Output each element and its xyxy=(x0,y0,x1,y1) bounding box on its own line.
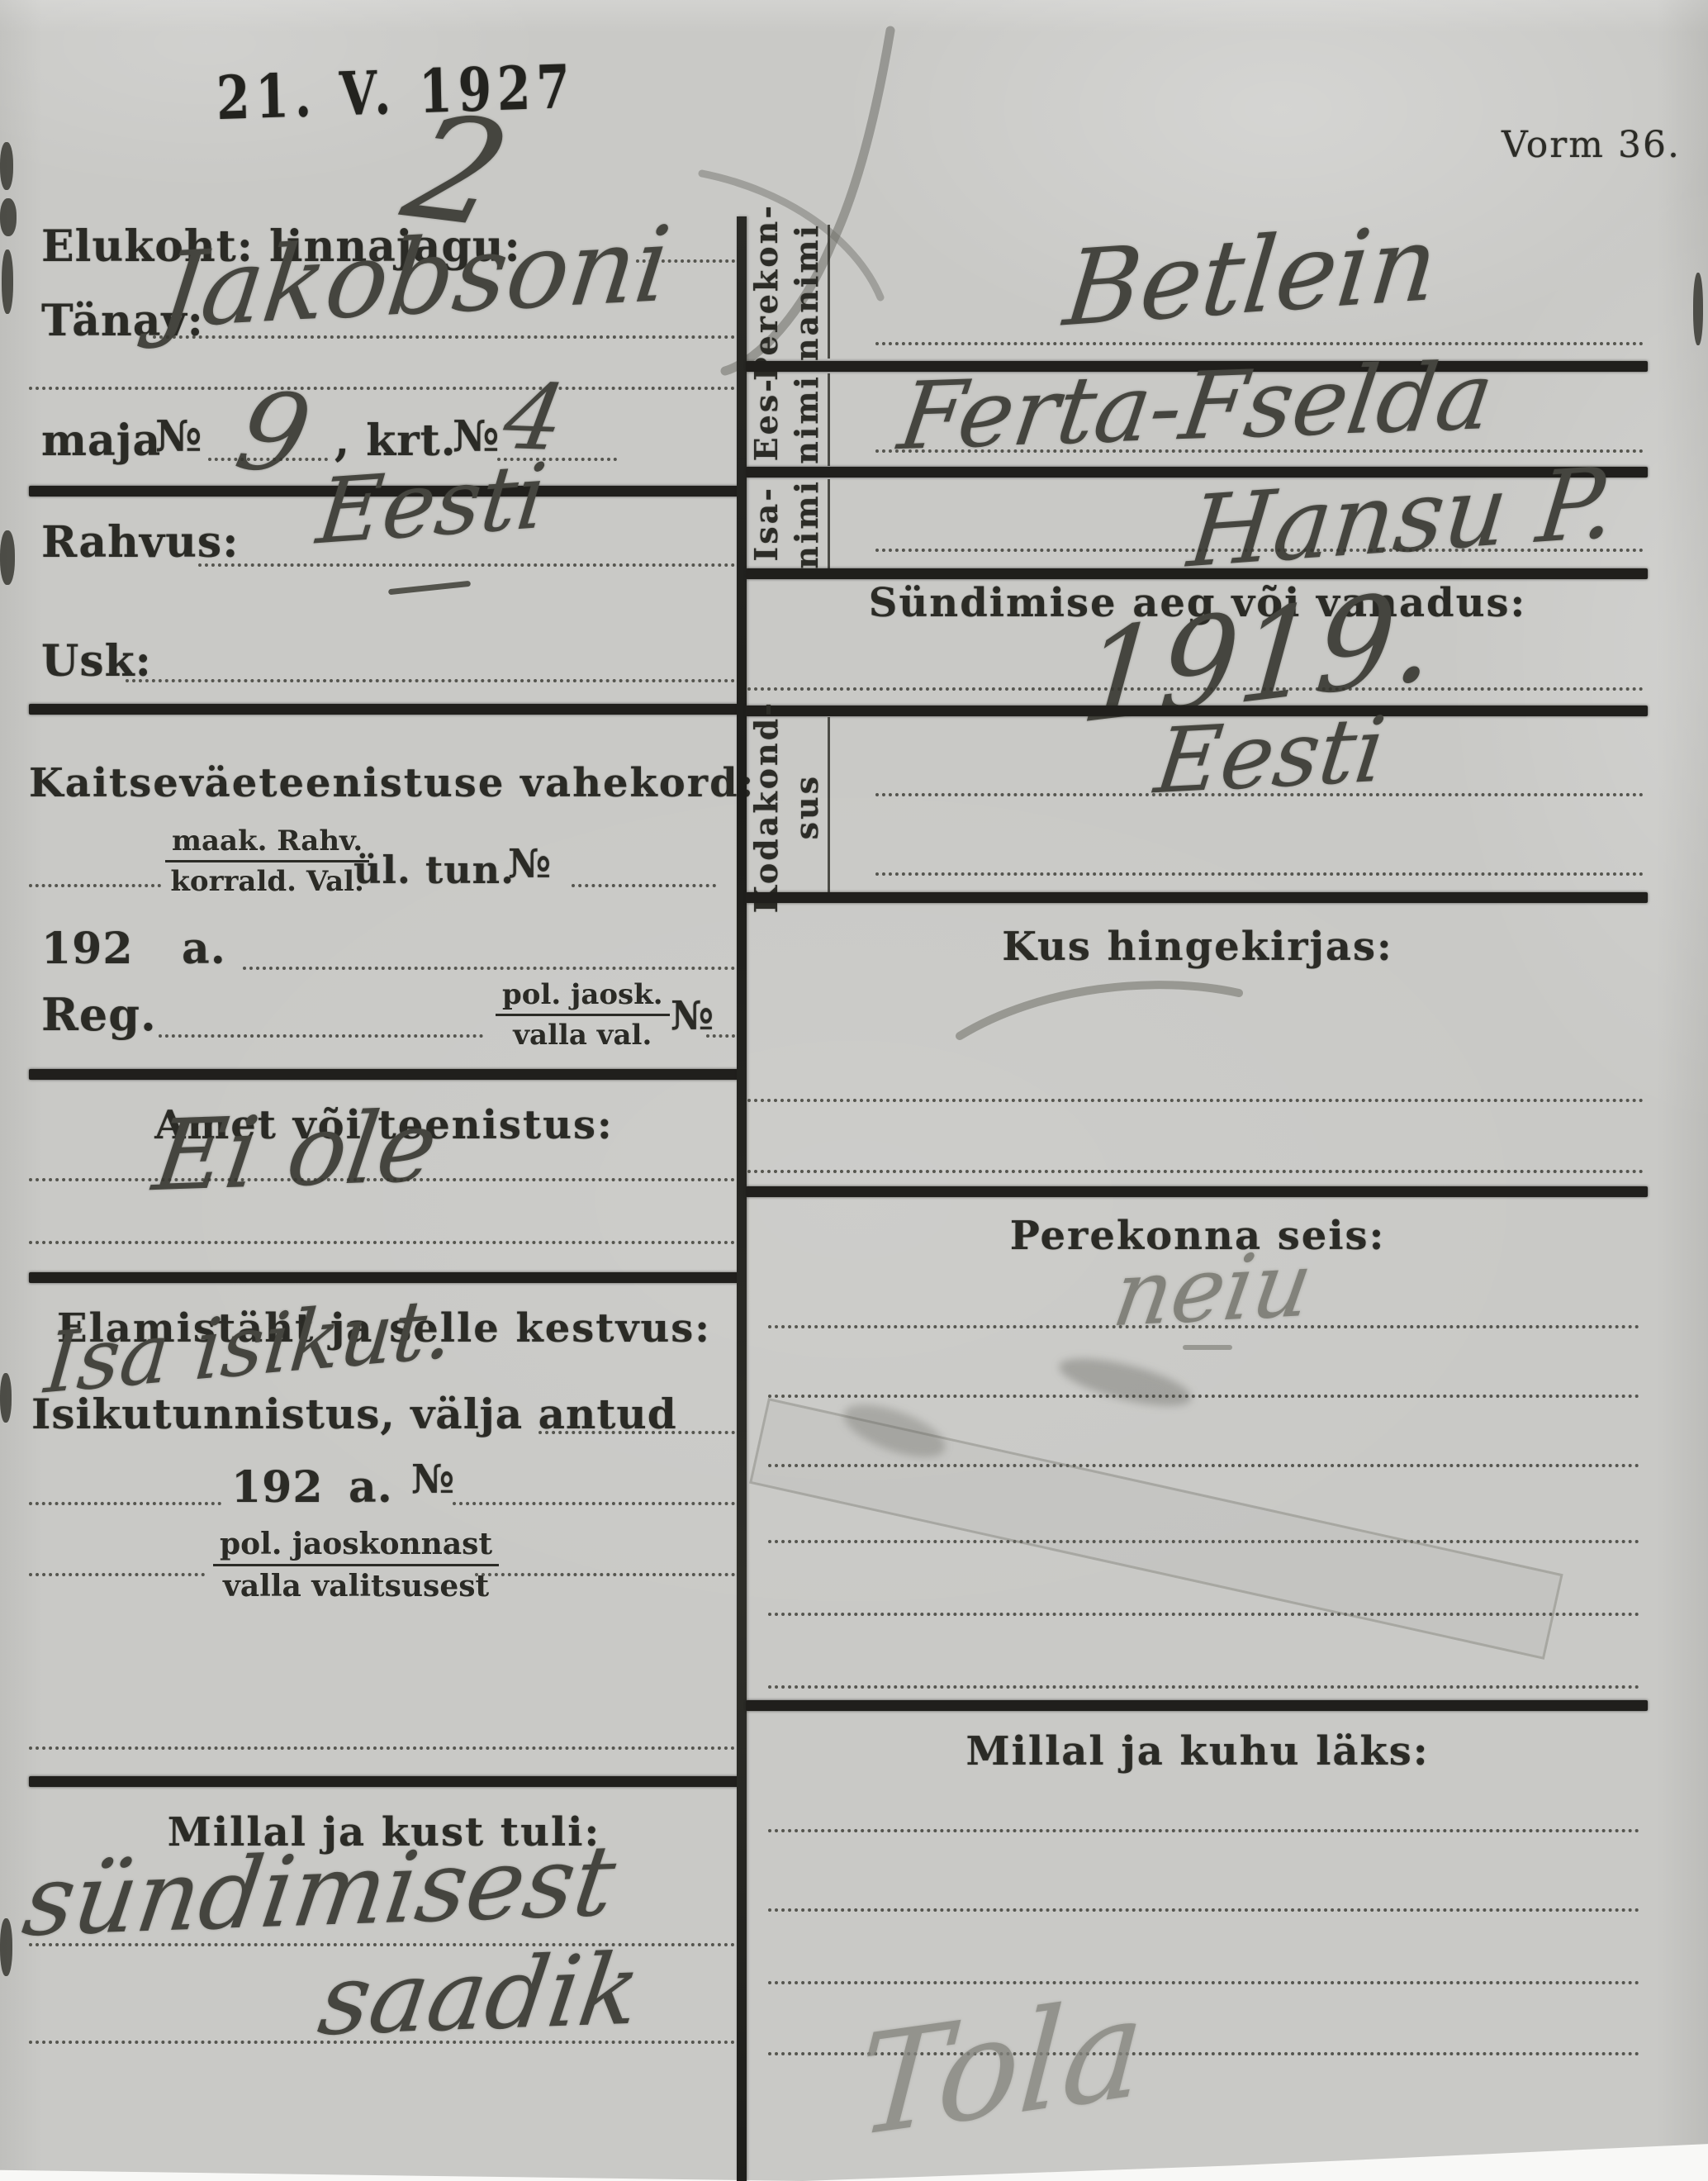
numero-sign: № xyxy=(508,841,552,887)
rule-bar xyxy=(746,892,1648,903)
dotted-line xyxy=(198,563,735,567)
rule-bar xyxy=(746,1700,1648,1711)
police-district-fraction: pol. jaosk. valla val. xyxy=(496,978,670,1052)
dotted-line xyxy=(875,342,1644,345)
rule-bar xyxy=(29,704,739,715)
column-divider xyxy=(737,216,747,2181)
pol-jaosk-label: pol. jaosk. xyxy=(496,978,670,1016)
scan-artifact xyxy=(1693,273,1703,345)
dotted-line xyxy=(768,1395,1639,1398)
dotted-line xyxy=(29,1746,735,1750)
first-name-label-line2: nimi xyxy=(788,374,825,464)
date-stamp: 21. V. 1927 xyxy=(216,51,576,133)
dotted-line xyxy=(29,884,161,887)
dotted-line xyxy=(29,1241,735,1244)
dotted-line xyxy=(453,1502,735,1505)
handwritten-arrival-line2: saadik xyxy=(312,1932,647,2057)
citizenship-field-label: Kodakond- sus xyxy=(748,717,824,897)
surname-field-label: Perekon- nanimi xyxy=(748,225,824,359)
dotted-line xyxy=(768,1829,1639,1832)
dotted-line xyxy=(126,679,735,682)
rule-bar xyxy=(29,1272,739,1283)
year-a-label: a. xyxy=(182,924,226,974)
parish-register-heading: Kus hingekirjas: xyxy=(747,924,1648,970)
registry-label: Reg. xyxy=(41,988,157,1041)
dotted-line xyxy=(768,1685,1639,1689)
label-separator-rule xyxy=(828,373,830,466)
dotted-line xyxy=(875,549,1644,552)
rule-bar xyxy=(746,1186,1648,1197)
dotted-line xyxy=(538,1431,735,1434)
surname-label-line2: nanimi xyxy=(788,223,825,361)
scan-artifact xyxy=(0,530,15,585)
numero-sign: № xyxy=(155,411,203,462)
form-number-label: Vorm 36. xyxy=(1502,124,1681,166)
dotted-line xyxy=(243,967,735,970)
dotted-line xyxy=(706,1034,735,1038)
handwritten-marital-status: neiu xyxy=(1107,1233,1319,1347)
scan-artifact xyxy=(0,198,17,236)
certificate-label: ül. tun. xyxy=(353,848,515,892)
father-name-field-label: Isa- nimi xyxy=(748,479,824,568)
pol-jaoskonnast-label: pol. jaoskonnast xyxy=(213,1527,499,1566)
valla-valitsusest-label: valla valitsusest xyxy=(213,1566,499,1604)
military-service-heading: Kaitseväeteenistuse vahekord: xyxy=(29,760,739,806)
label-separator-rule xyxy=(828,225,830,359)
first-name-field-label: Ees- nimi xyxy=(748,373,824,464)
label-separator-rule xyxy=(828,479,830,568)
father-name-label-line1: Isa- xyxy=(747,486,785,562)
departure-heading: Millal ja kuhu läks: xyxy=(747,1728,1648,1775)
handwritten-citizenship: Eesti xyxy=(1150,698,1390,814)
house-number-label: maja xyxy=(41,416,161,466)
dotted-line xyxy=(29,387,735,390)
dotted-line xyxy=(29,1178,735,1181)
label-separator-rule xyxy=(828,717,830,897)
citizenship-label-line1: Kodakond- xyxy=(747,701,785,913)
issue-year-label: 192 xyxy=(231,1462,324,1513)
handwritten-nationality: Eesti xyxy=(312,444,551,564)
maak-rahv-label: maak. Rahv. xyxy=(165,824,369,862)
dotted-line xyxy=(747,1099,1644,1102)
dotted-line xyxy=(875,872,1644,876)
korrald-val-label: korrald. Val. xyxy=(165,862,369,898)
scan-artifact xyxy=(2,249,13,314)
military-authority-fraction: maak. Rahv. korrald. Val. xyxy=(165,824,369,898)
dotted-line xyxy=(475,1573,735,1576)
numero-sign: № xyxy=(411,1456,455,1503)
pencil-stroke xyxy=(950,968,1264,1047)
dotted-line xyxy=(747,687,1644,691)
citizenship-label-line2: sus xyxy=(788,774,825,839)
surname-label-line1: Perekon- xyxy=(747,203,785,381)
dotted-line xyxy=(768,1908,1639,1912)
father-name-label-line2: nimi xyxy=(788,479,825,569)
scanned-registration-card: 21. V. 1927 Vorm 36. 2 Elukoht: linnajag… xyxy=(0,0,1708,2181)
dotted-line xyxy=(768,1325,1639,1328)
nationality-label: Rahvus: xyxy=(41,517,239,568)
dotted-line xyxy=(208,458,328,461)
rule-bar xyxy=(746,568,1648,579)
dotted-line xyxy=(29,1573,205,1576)
issue-year-a-label: a. xyxy=(349,1462,393,1513)
dotted-line xyxy=(29,1502,221,1505)
dotted-line xyxy=(153,335,735,339)
dotted-line xyxy=(572,884,716,887)
scan-artifact xyxy=(0,1918,12,1976)
dotted-line xyxy=(875,793,1644,796)
pencil-flourish xyxy=(677,21,1024,384)
rule-bar xyxy=(29,1069,739,1080)
scan-artifact xyxy=(0,142,13,190)
handwritten-occupation: Ei ole xyxy=(147,1089,444,1214)
dotted-line xyxy=(159,1034,483,1038)
numero-sign: № xyxy=(671,993,714,1039)
issuing-authority-fraction: pol. jaoskonnast valla valitsusest xyxy=(213,1527,499,1604)
dotted-line xyxy=(768,1981,1639,1984)
pencil-dash xyxy=(1183,1345,1232,1350)
scan-artifact xyxy=(0,1373,12,1423)
year-label: 192 xyxy=(41,924,134,974)
dotted-line xyxy=(747,1170,1644,1173)
first-name-label-line1: Ees- xyxy=(747,377,785,461)
dotted-line xyxy=(29,2041,735,2044)
rule-bar xyxy=(29,1776,739,1787)
valla-val-label: valla val. xyxy=(496,1016,670,1052)
